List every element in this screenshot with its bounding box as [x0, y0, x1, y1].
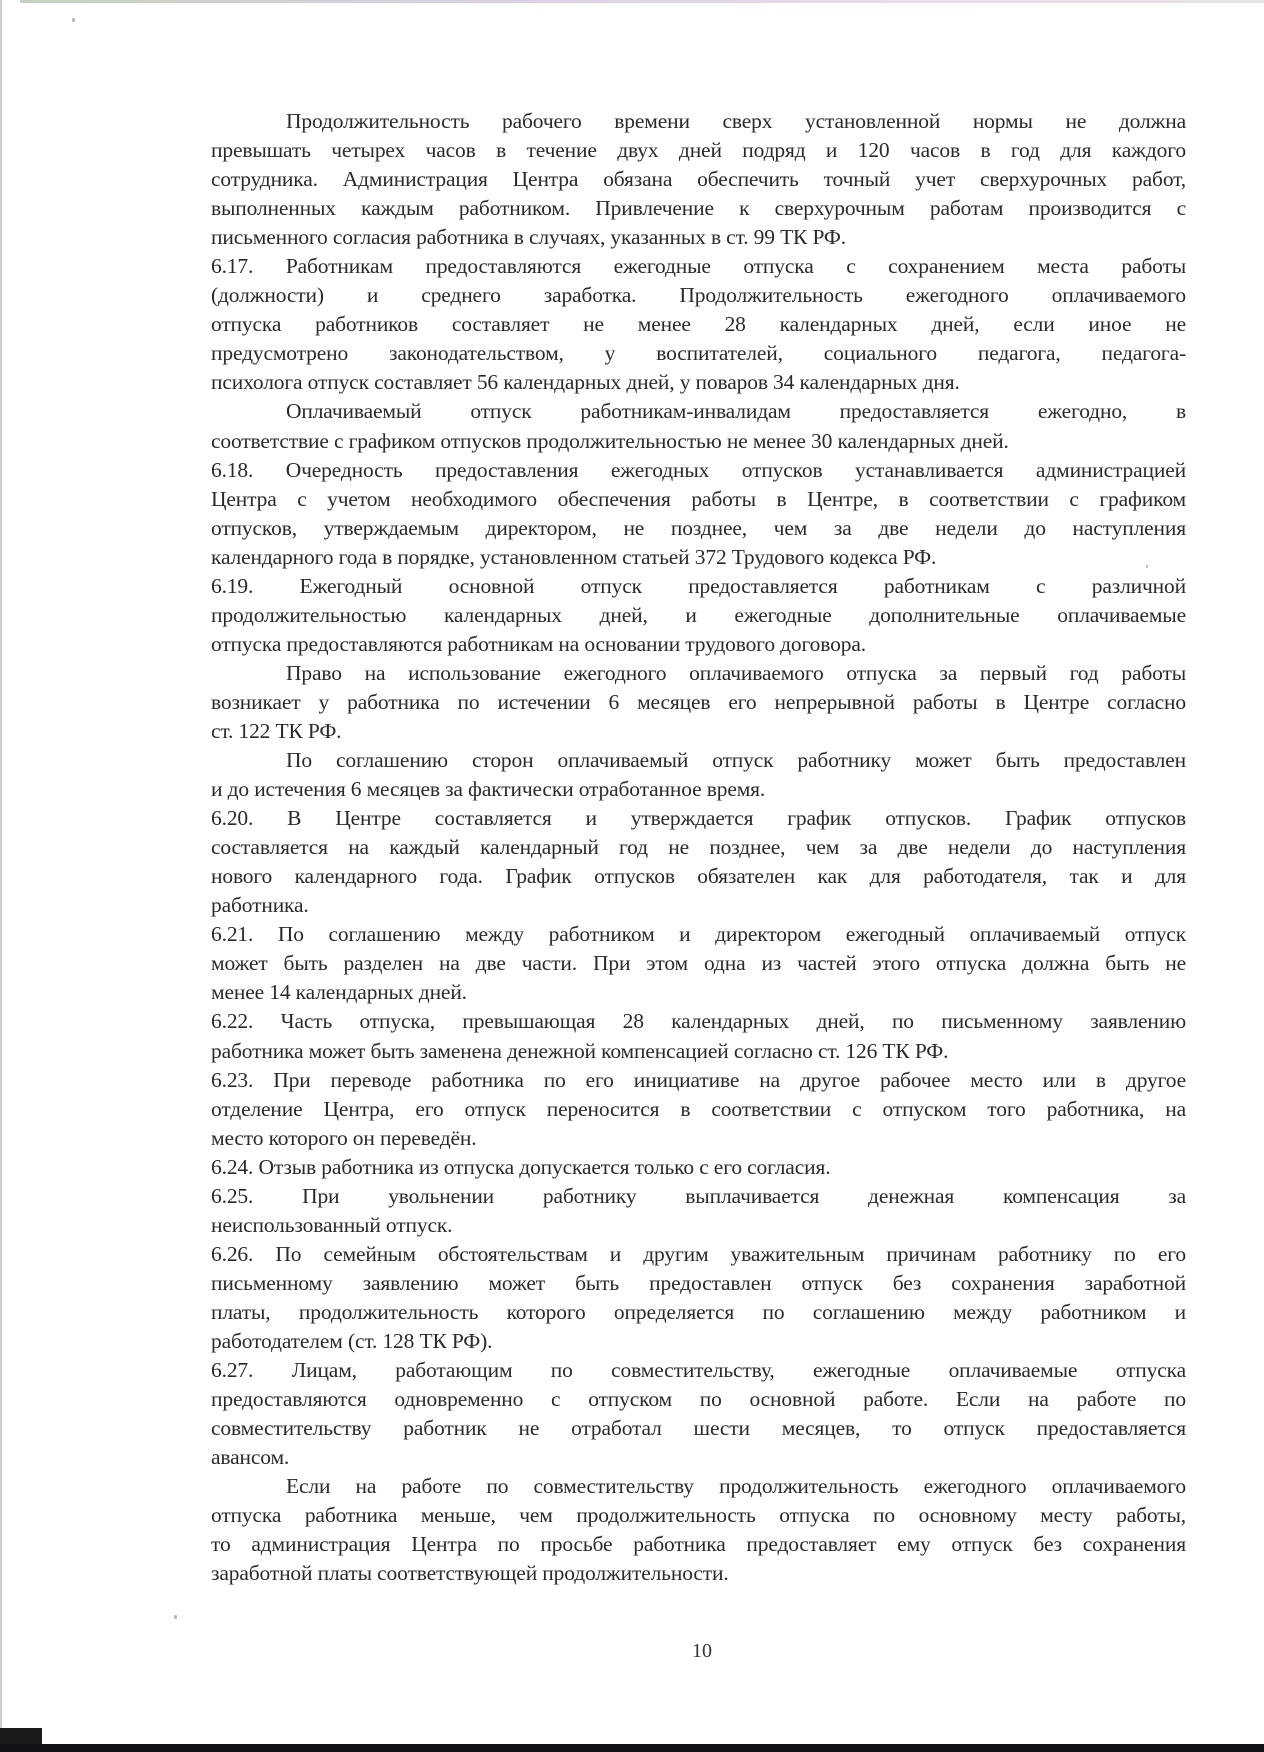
text-line: то администрация Центра по просьбе работ…: [211, 1530, 1186, 1559]
text-line: превышать четырех часов в течение двух д…: [211, 136, 1186, 165]
text-line: работника может быть заменена денежной к…: [211, 1037, 1186, 1066]
text-line: 6.18. Очередность предоставления ежегодн…: [211, 456, 1186, 485]
text-line: и до истечения 6 месяцев за фактически о…: [211, 775, 1186, 804]
text-line: 6.21. По соглашению между работником и д…: [211, 920, 1186, 949]
text-line: возникает у работника по истечении 6 мес…: [211, 688, 1186, 717]
text-line: отпуска работника меньше, чем продолжите…: [211, 1501, 1186, 1530]
text-line: письменного согласия работника в случаях…: [211, 223, 1186, 252]
text-line: 6.26. По семейным обстоятельствам и друг…: [211, 1240, 1186, 1269]
text-line: отпусков, утверждаемым директором, не по…: [211, 514, 1186, 543]
paragraph-first-year-right: Право на использование ежегодного оплачи…: [211, 659, 1186, 746]
text-line: 6.22. Часть отпуска, превышающая 28 кале…: [211, 1007, 1186, 1036]
text-line: продолжительностью календарных дней, и е…: [211, 601, 1186, 630]
scan-bottom-edge: [0, 1744, 1264, 1752]
paragraph-disabled-leave: Оплачиваемый отпуск работникам-инвалидам…: [211, 397, 1186, 455]
paragraph-6-20: 6.20. В Центре составляется и утверждает…: [211, 804, 1186, 920]
text-line: соответствие с графиком отпусков продолж…: [211, 427, 1186, 456]
scan-top-edge: [20, 0, 1264, 3]
paragraph-6-17: 6.17. Работникам предоставляются ежегодн…: [211, 252, 1186, 397]
paragraph-6-23: 6.23. При переводе работника по его иниц…: [211, 1066, 1186, 1153]
text-line: 6.27. Лицам, работающим по совместительс…: [211, 1356, 1186, 1385]
text-line: 6.24. Отзыв работника из отпуска допуска…: [211, 1153, 1186, 1182]
text-line: Оплачиваемый отпуск работникам-инвалидам…: [211, 397, 1186, 426]
text-line: 6.25. При увольнении работнику выплачива…: [211, 1182, 1186, 1211]
text-line: работодателем (ст. 128 ТК РФ).: [211, 1327, 1186, 1356]
text-line: заработной платы соответствующей продолж…: [211, 1559, 1186, 1588]
text-line: 6.20. В Центре составляется и утверждает…: [211, 804, 1186, 833]
text-line: Если на работе по совместительству продо…: [211, 1472, 1186, 1501]
text-line: психолога отпуск составляет 56 календарн…: [211, 368, 1186, 397]
text-line: авансом.: [211, 1443, 1186, 1472]
text-line: календарного года в порядке, установленн…: [211, 543, 1186, 572]
text-line: неиспользованный отпуск.: [211, 1211, 1186, 1240]
text-line: Продолжительность рабочего времени сверх…: [211, 107, 1186, 136]
text-line: сотрудника. Администрация Центра обязана…: [211, 165, 1186, 194]
paragraph-6-24: 6.24. Отзыв работника из отпуска допуска…: [211, 1153, 1186, 1182]
text-line: отпуска предоставляются работникам на ос…: [211, 630, 1186, 659]
text-line: предусмотрено законодательством, у воспи…: [211, 339, 1186, 368]
paragraph-6-25: 6.25. При увольнении работнику выплачива…: [211, 1182, 1186, 1240]
paragraph-early-leave-agreement: По соглашению сторон оплачиваемый отпуск…: [211, 746, 1186, 804]
text-line: По соглашению сторон оплачиваемый отпуск…: [211, 746, 1186, 775]
paragraph-6-26: 6.26. По семейным обстоятельствам и друг…: [211, 1240, 1186, 1356]
text-line: место которого он переведён.: [211, 1124, 1186, 1153]
scan-speck: [174, 1615, 177, 1619]
text-line: Право на использование ежегодного оплачи…: [211, 659, 1186, 688]
text-line: (должности) и среднего заработка. Продол…: [211, 281, 1186, 310]
text-line: 6.17. Работникам предоставляются ежегодн…: [211, 252, 1186, 281]
page-number: 10: [0, 1640, 1264, 1663]
paragraph-overtime-limits: Продолжительность рабочего времени сверх…: [211, 107, 1186, 252]
text-line: 6.19. Ежегодный основной отпуск предоста…: [211, 572, 1186, 601]
paragraph-part-time-shorter-leave: Если на работе по совместительству продо…: [211, 1472, 1186, 1588]
text-line: платы, продолжительность которого опреде…: [211, 1298, 1186, 1327]
document-page-body: Продолжительность рабочего времени сверх…: [211, 107, 1186, 1588]
paragraph-6-22: 6.22. Часть отпуска, превышающая 28 кале…: [211, 1007, 1186, 1065]
text-line: составляется на каждый календарный год н…: [211, 833, 1186, 862]
text-line: может быть разделен на две части. При эт…: [211, 949, 1186, 978]
text-line: письменному заявлению может быть предост…: [211, 1269, 1186, 1298]
scan-speck: [72, 18, 75, 22]
text-line: совместительству работник не отработал ш…: [211, 1414, 1186, 1443]
text-line: ст. 122 ТК РФ.: [211, 717, 1186, 746]
text-line: 6.23. При переводе работника по его иниц…: [211, 1066, 1186, 1095]
text-line: Центра с учетом необходимого обеспечения…: [211, 485, 1186, 514]
paragraph-6-21: 6.21. По соглашению между работником и д…: [211, 920, 1186, 1007]
text-line: отделение Центра, его отпуск переносится…: [211, 1095, 1186, 1124]
text-line: работника.: [211, 891, 1186, 920]
text-line: выполненных каждым работником. Привлечен…: [211, 194, 1186, 223]
paragraph-6-18: 6.18. Очередность предоставления ежегодн…: [211, 456, 1186, 572]
text-line: отпуска работников составляет не менее 2…: [211, 310, 1186, 339]
text-line: менее 14 календарных дней.: [211, 978, 1186, 1007]
paragraph-6-27: 6.27. Лицам, работающим по совместительс…: [211, 1356, 1186, 1472]
text-line: нового календарного года. График отпуско…: [211, 862, 1186, 891]
paragraph-6-19: 6.19. Ежегодный основной отпуск предоста…: [211, 572, 1186, 659]
text-line: предоставляются одновременно с отпуском …: [211, 1385, 1186, 1414]
scan-left-edge: [0, 0, 2, 1752]
